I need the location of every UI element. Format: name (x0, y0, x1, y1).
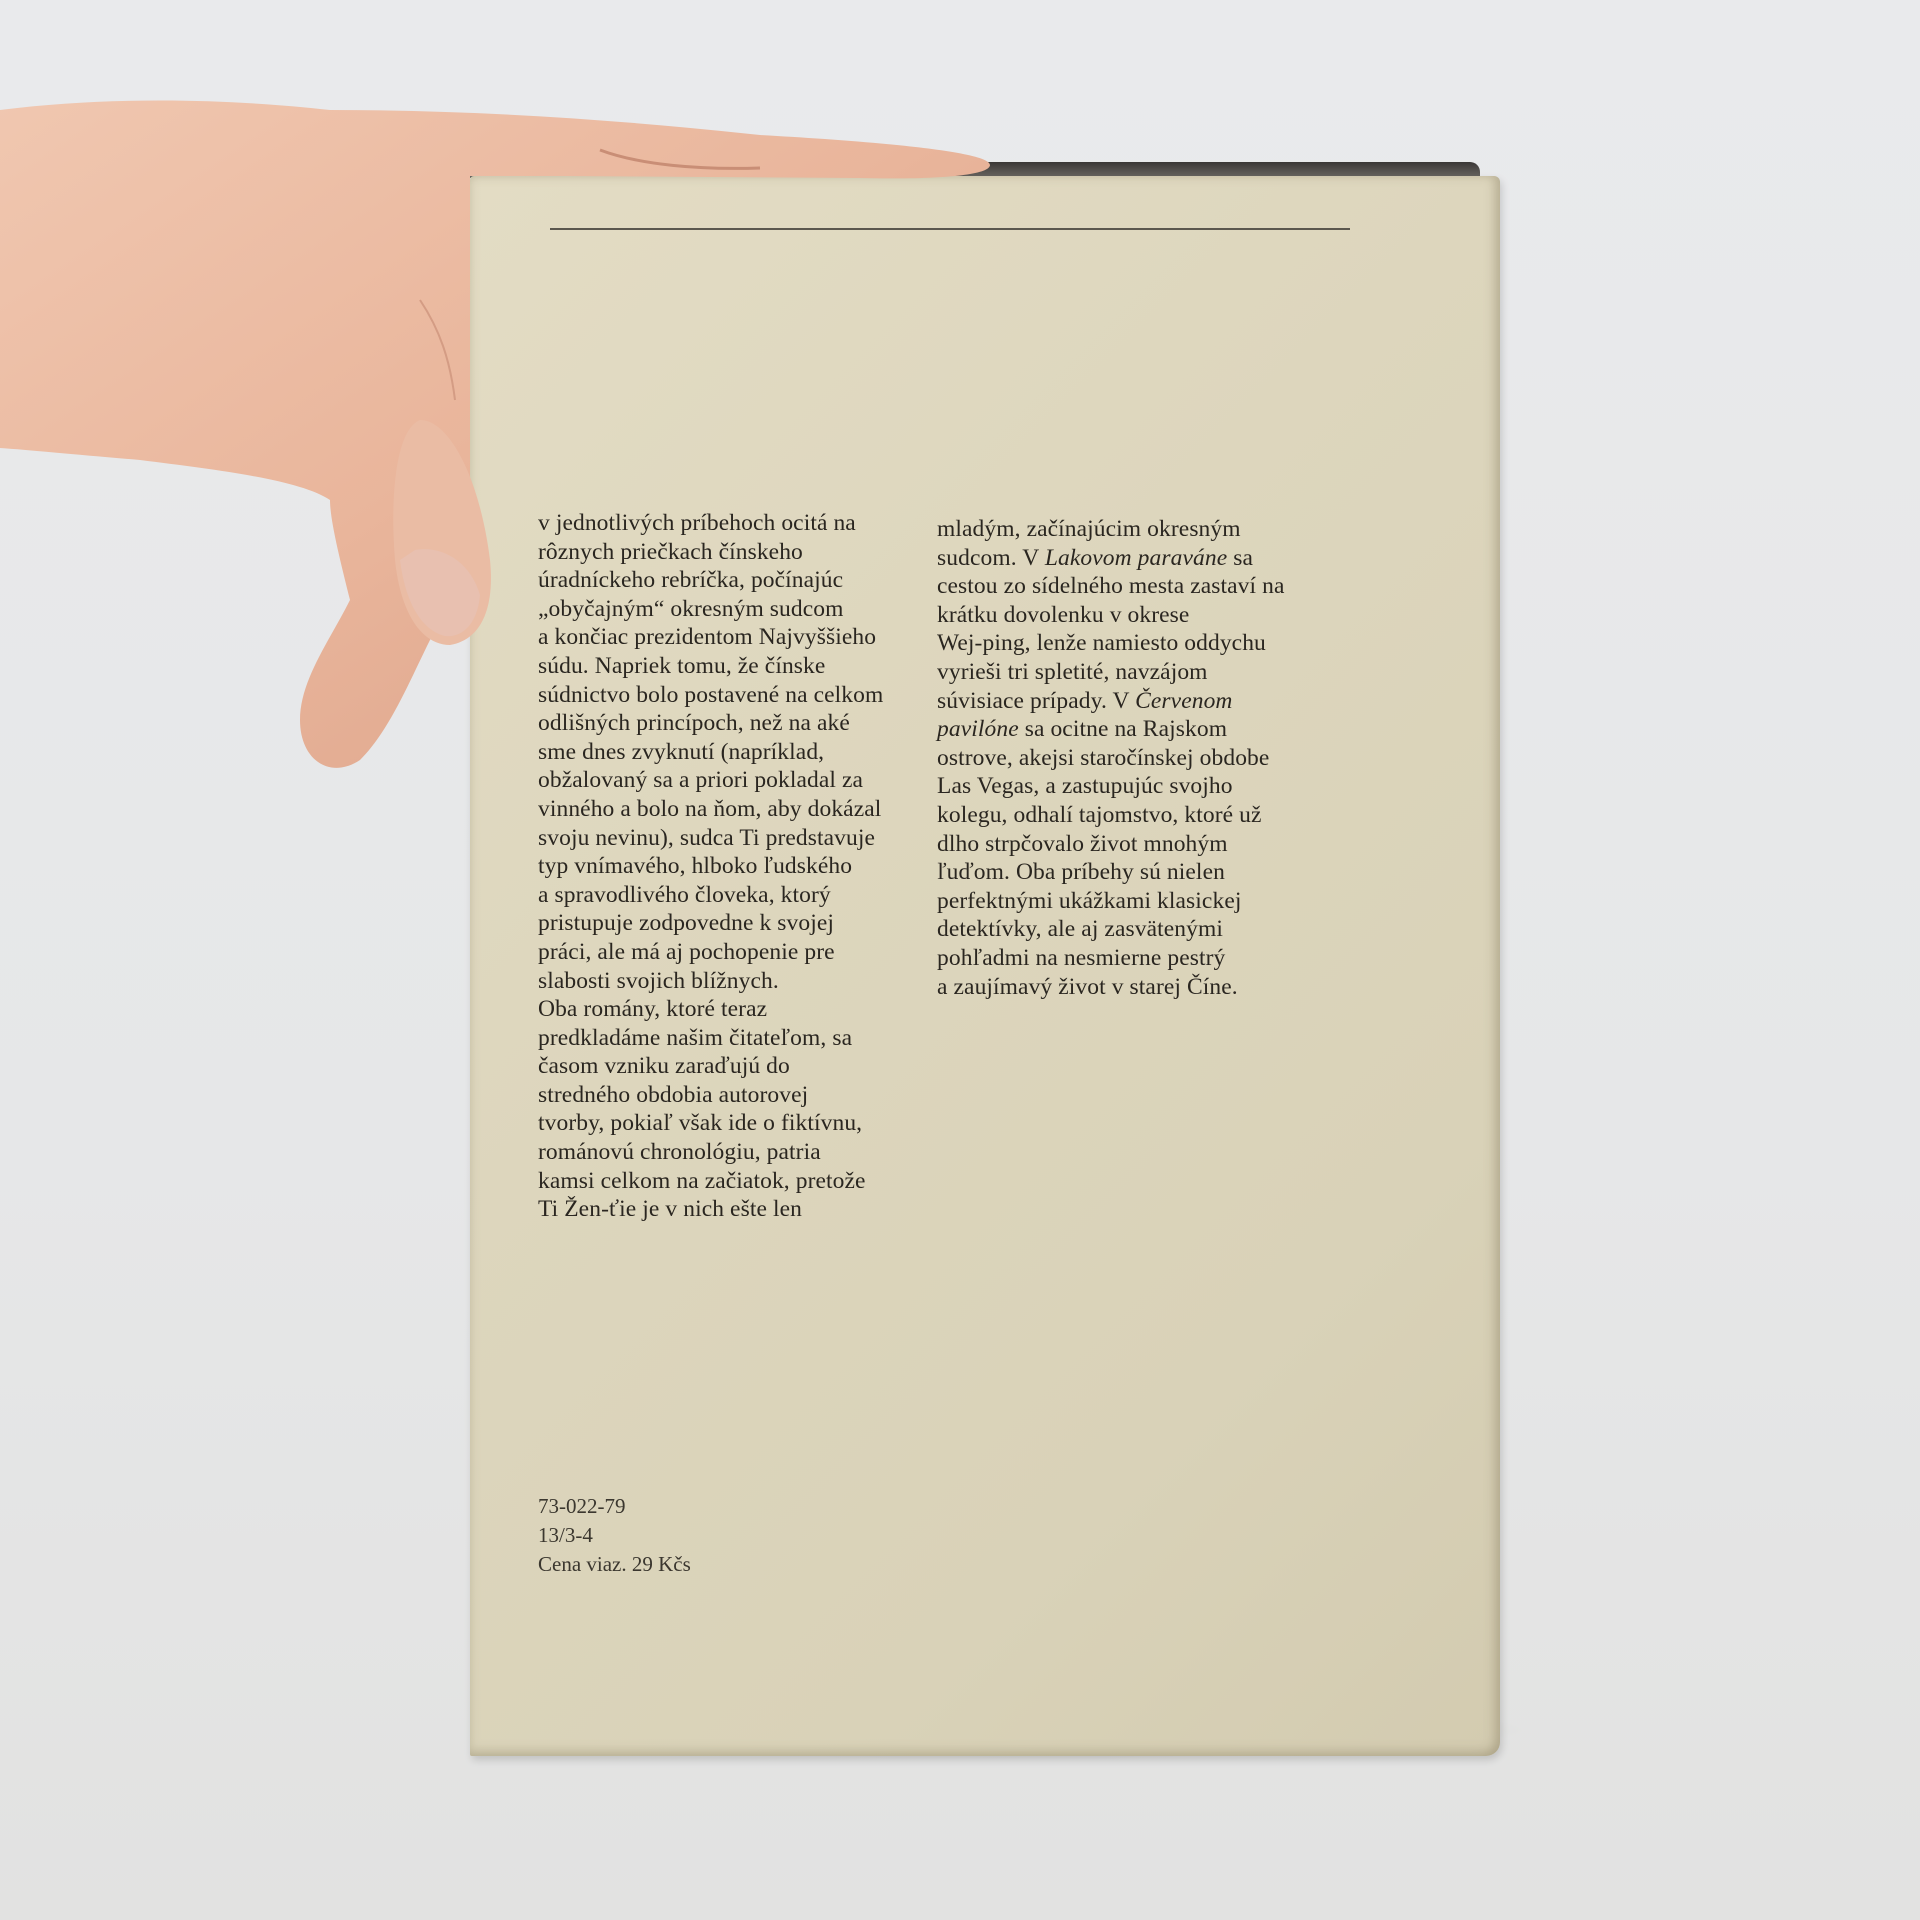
text-line: Las Vegas, a zastupujúc svojho (937, 772, 1285, 801)
text-line: krátku dovolenku v okrese (937, 601, 1285, 630)
price-label: Cena viaz. 29 Kčs (538, 1550, 691, 1579)
text-line: odlišných princípoch, než na aké (538, 709, 883, 738)
text-line: slabosti svojich blížnych. (538, 967, 883, 996)
text-line: kolegu, odhalí tajomstvo, ktoré už (937, 801, 1285, 830)
publication-code: 73-022-79 (538, 1492, 691, 1521)
book-back-cover: v jednotlivých príbehoch ocitá narôznych… (470, 176, 1500, 1756)
text-line: svoju nevinu), sudca Ti predstavuje (538, 824, 883, 853)
text-line: Ti Žen-ťie je v nich ešte len (538, 1195, 883, 1224)
text-line: dlho strpčovalo život mnohým (937, 830, 1285, 859)
text-line: „obyčajným“ okresným sudcom (538, 595, 883, 624)
text-line: úradníckeho rebríčka, počínajúc (538, 566, 883, 595)
publication-info: 73-022-79 13/3-4 Cena viaz. 29 Kčs (538, 1492, 691, 1579)
text-line: a spravodlivého človeka, ktorý (538, 881, 883, 910)
text-line: v jednotlivých príbehoch ocitá na (538, 509, 883, 538)
italic-title: pavilóne (937, 716, 1019, 742)
top-rule-line (550, 228, 1350, 230)
text-line: súdnictvo bolo postavené na celkom (538, 681, 883, 710)
text-line: cestou zo sídelného mesta zastaví na (937, 572, 1285, 601)
text-line: Wej-ping, lenže namiesto oddychu (937, 629, 1285, 658)
text-line: a končiac prezidentom Najvyššieho (538, 623, 883, 652)
text-line: typ vnímavého, hlboko ľudského (538, 852, 883, 881)
right-text-column: mladým, začínajúcim okresnýmsudcom. V La… (937, 515, 1285, 1001)
text-line: perfektnými ukážkami klasickej (937, 887, 1285, 916)
text-line: práci, ale má aj pochopenie pre (538, 938, 883, 967)
text-line: stredného obdobia autorovej (538, 1081, 883, 1110)
text-line: tvorby, pokiaľ však ide o fiktívnu, (538, 1109, 883, 1138)
text-line: súvisiace prípady. V Červenom (937, 687, 1285, 716)
text-line: kamsi celkom na začiatok, pretože (538, 1167, 883, 1196)
text-line: sudcom. V Lakovom paraváne sa (937, 544, 1285, 573)
text-line: predkladáme našim čitateľom, sa (538, 1024, 883, 1053)
text-line: časom vzniku zaraďujú do (538, 1052, 883, 1081)
text-line: vinného a bolo na ňom, aby dokázal (538, 795, 883, 824)
text-line: ostrove, akejsi staročínskej obdobe (937, 744, 1285, 773)
italic-title: Červenom (1135, 688, 1232, 714)
italic-title: Lakovom paraváne (1045, 545, 1227, 571)
text-line: sme dnes zvyknutí (napríklad, (538, 738, 883, 767)
text-line: Oba romány, ktoré teraz (538, 995, 883, 1024)
left-text-column: v jednotlivých príbehoch ocitá narôznych… (538, 509, 883, 1224)
text-line: a zaujímavý život v starej Číne. (937, 973, 1285, 1002)
text-line: súdu. Napriek tomu, že čínske (538, 652, 883, 681)
text-line: detektívky, ale aj zasvätenými (937, 915, 1285, 944)
text-line: mladým, začínajúcim okresným (937, 515, 1285, 544)
text-line: rôznych priečkach čínskeho (538, 538, 883, 567)
text-line: pohľadmi na nesmierne pestrý (937, 944, 1285, 973)
text-line: ľuďom. Oba príbehy sú nielen (937, 858, 1285, 887)
text-line: pristupuje zodpovedne k svojej (538, 909, 883, 938)
text-line: románovú chronológiu, patria (538, 1138, 883, 1167)
text-line: pavilóne sa ocitne na Rajskom (937, 715, 1285, 744)
publication-category: 13/3-4 (538, 1521, 691, 1550)
text-line: obžalovaný sa a priori pokladal za (538, 766, 883, 795)
text-line: vyrieši tri spletité, navzájom (937, 658, 1285, 687)
